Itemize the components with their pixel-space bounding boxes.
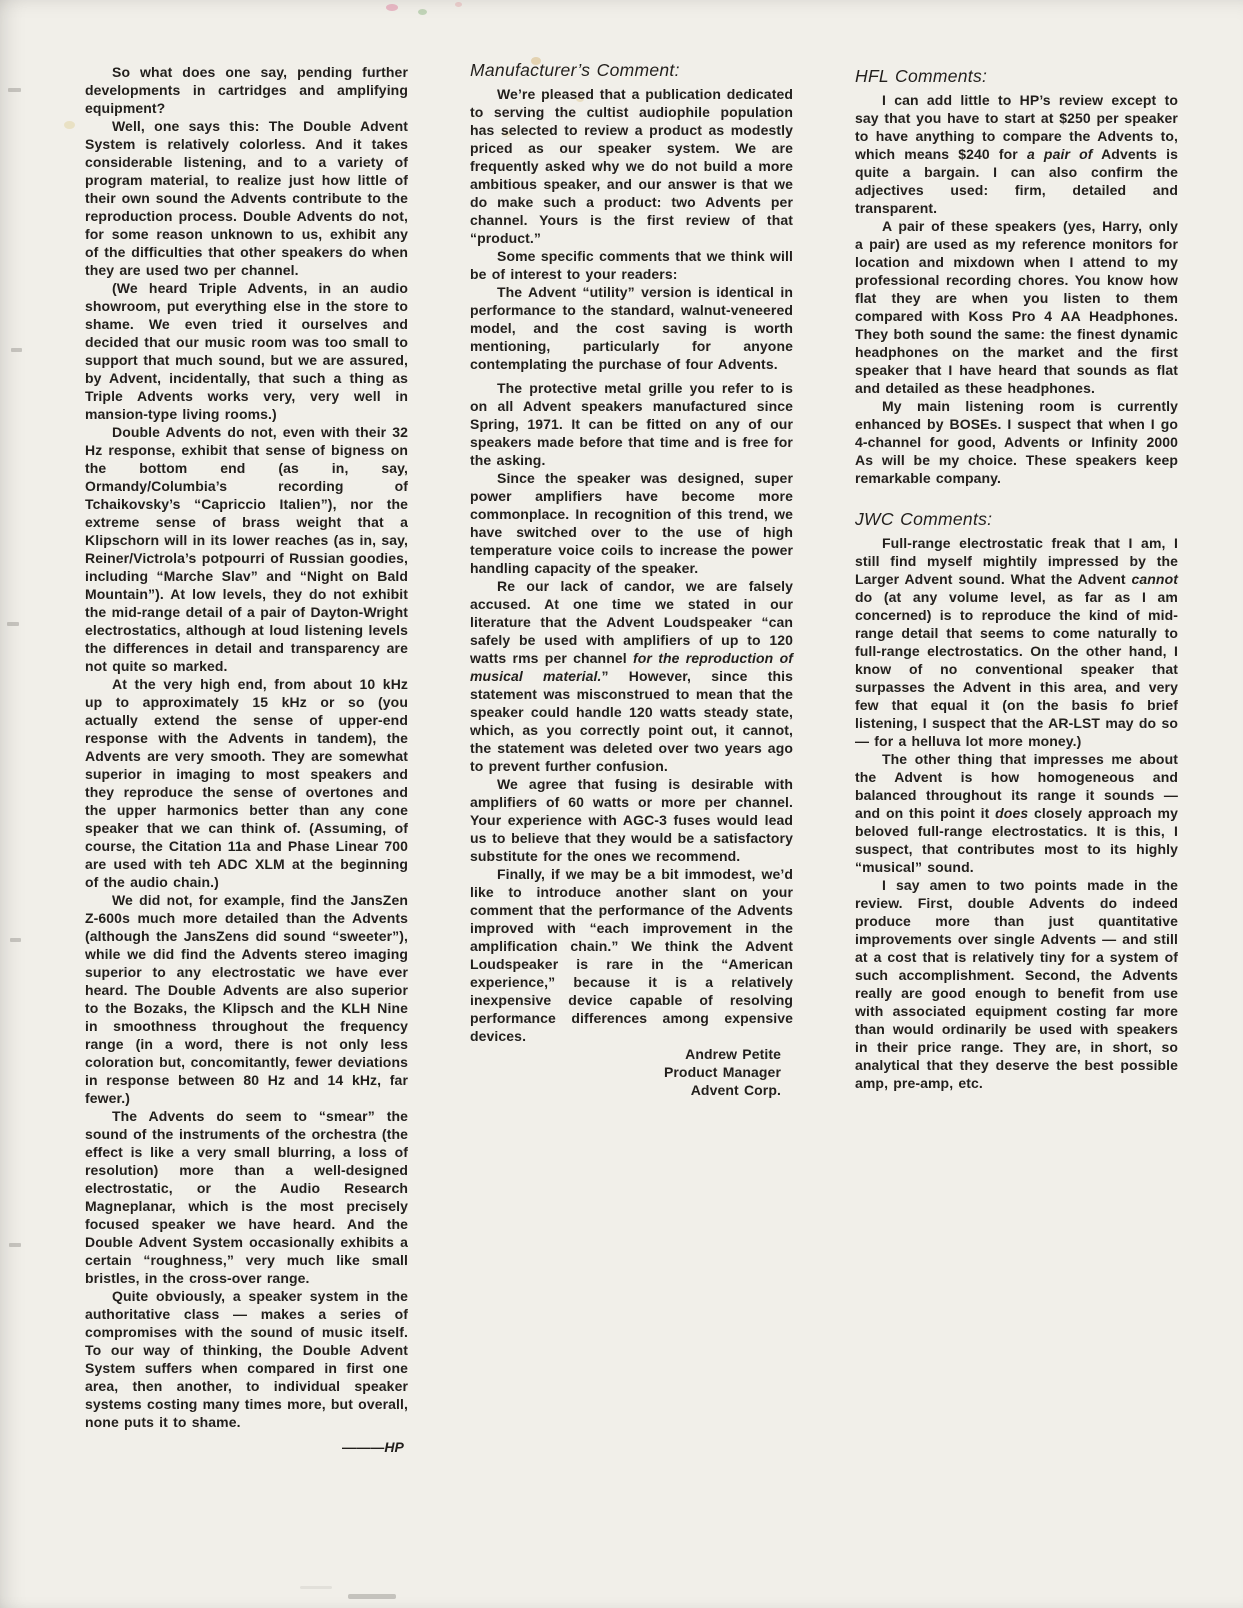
section-heading: Manufacturer’s Comment: <box>470 60 793 80</box>
text-segment: Full-range electrostatic freak that I am… <box>855 535 1178 587</box>
text-segment: a pair of <box>1027 146 1093 162</box>
scan-artifact-speck <box>455 2 462 7</box>
scan-artifact-edge-mark <box>10 938 21 942</box>
paragraph: Full-range electrostatic freak that I am… <box>855 534 1178 750</box>
text-segment: We’re pleased that a publication dedicat… <box>470 86 793 246</box>
section-heading: JWC Comments: <box>855 509 1178 529</box>
text-segment: Manufacturer’s Comment: <box>470 60 680 80</box>
column-manufacturers-comment: Manufacturer’s Comment:We’re pleased tha… <box>470 60 793 1099</box>
paragraph: The Advents do seem to “smear” the sound… <box>85 1107 408 1287</box>
text-segment: Product Manager <box>664 1064 781 1080</box>
paragraph: Well, one says this: The Double Advent S… <box>85 117 408 279</box>
scan-artifact-speck <box>386 4 398 11</box>
text-segment: do (at any volume level, as far as I am … <box>855 589 1178 749</box>
paragraph: So what does one say, pending further de… <box>85 63 408 117</box>
paragraph: We did not, for example, find the JansZe… <box>85 891 408 1107</box>
paragraph: The Advent “utility” version is identica… <box>470 283 793 373</box>
scan-artifact-edge-mark <box>7 622 19 626</box>
signature: Andrew Petite <box>470 1045 793 1063</box>
paragraph: Some specific comments that we think wil… <box>470 247 793 283</box>
text-segment: Advent Corp. <box>691 1082 781 1098</box>
column-hp-review: So what does one say, pending further de… <box>85 63 408 1456</box>
paragraph: I can add little to HP’s review except t… <box>855 91 1178 217</box>
text-segment: cannot <box>1132 571 1179 587</box>
text-segment: Finally, if we may be a bit immodest, we… <box>470 866 793 1044</box>
text-segment: We agree that fusing is desirable with a… <box>470 776 793 864</box>
text-segment: The Advents do seem to “smear” the sound… <box>85 1108 408 1286</box>
scan-artifact-speck <box>64 121 75 129</box>
text-segment: JWC Comments: <box>855 509 992 529</box>
text-segment: My main listening room is currently enha… <box>855 398 1178 486</box>
text-segment: (We heard Triple Advents, in an audio sh… <box>85 280 408 422</box>
scan-artifact-smudge <box>300 1586 332 1589</box>
text-segment: So what does one say, pending further de… <box>85 64 408 116</box>
column-hfl-jwc-comments: HFL Comments:I can add little to HP’s re… <box>855 66 1178 1092</box>
text-segment: HFL Comments: <box>855 66 987 86</box>
section-heading: HFL Comments: <box>855 66 1178 86</box>
text-segment: The Advent “utility” version is identica… <box>470 284 793 372</box>
paragraph: (We heard Triple Advents, in an audio sh… <box>85 279 408 423</box>
paragraph: Re our lack of candor, we are falsely ac… <box>470 577 793 775</box>
text-segment: Andrew Petite <box>685 1046 781 1062</box>
paragraph: My main listening room is currently enha… <box>855 397 1178 487</box>
text-segment: The protective metal grille you refer to… <box>470 380 793 468</box>
paragraph: The other thing that impresses me about … <box>855 750 1178 876</box>
paragraph: Quite obviously, a speaker system in the… <box>85 1287 408 1431</box>
text-segment: I say amen to two points made in the rev… <box>855 877 1178 1091</box>
text-segment: HP <box>384 1439 404 1455</box>
signature: Product Manager <box>470 1063 793 1081</box>
paragraph: The protective metal grille you refer to… <box>470 379 793 469</box>
paragraph: I say amen to two points made in the rev… <box>855 876 1178 1092</box>
paragraph: Finally, if we may be a bit immodest, we… <box>470 865 793 1045</box>
text-segment: ——— <box>342 1439 384 1455</box>
scan-artifact-edge-mark <box>9 1243 21 1247</box>
text-segment: At the very high end, from about 10 kHz … <box>85 676 408 890</box>
paragraph: Double Advents do not, even with their 3… <box>85 423 408 675</box>
signature: Advent Corp. <box>470 1081 793 1099</box>
paragraph: We agree that fusing is desirable with a… <box>470 775 793 865</box>
text-segment: Since the speaker was designed, super po… <box>470 470 793 576</box>
paragraph: We’re pleased that a publication dedicat… <box>470 85 793 247</box>
scan-artifact-edge-mark <box>11 348 22 352</box>
text-segment: A pair of these speakers (yes, Harry, on… <box>855 218 1178 396</box>
text-segment: Double Advents do not, even with their 3… <box>85 424 408 674</box>
paragraph: A pair of these speakers (yes, Harry, on… <box>855 217 1178 397</box>
paragraph: Since the speaker was designed, super po… <box>470 469 793 577</box>
magazine-page: So what does one say, pending further de… <box>0 0 1243 1608</box>
text-segment: Some specific comments that we think wil… <box>470 248 793 282</box>
paragraph: At the very high end, from about 10 kHz … <box>85 675 408 891</box>
text-segment: Quite obviously, a speaker system in the… <box>85 1288 408 1430</box>
text-segment: Well, one says this: The Double Advent S… <box>85 118 408 278</box>
scan-artifact-smudge <box>348 1594 396 1599</box>
scan-artifact-edge-mark <box>8 88 21 92</box>
text-segment: does <box>995 805 1028 821</box>
signature: ———HP <box>85 1438 408 1456</box>
scan-artifact-speck <box>418 9 427 15</box>
text-segment: We did not, for example, find the JansZe… <box>85 892 408 1106</box>
